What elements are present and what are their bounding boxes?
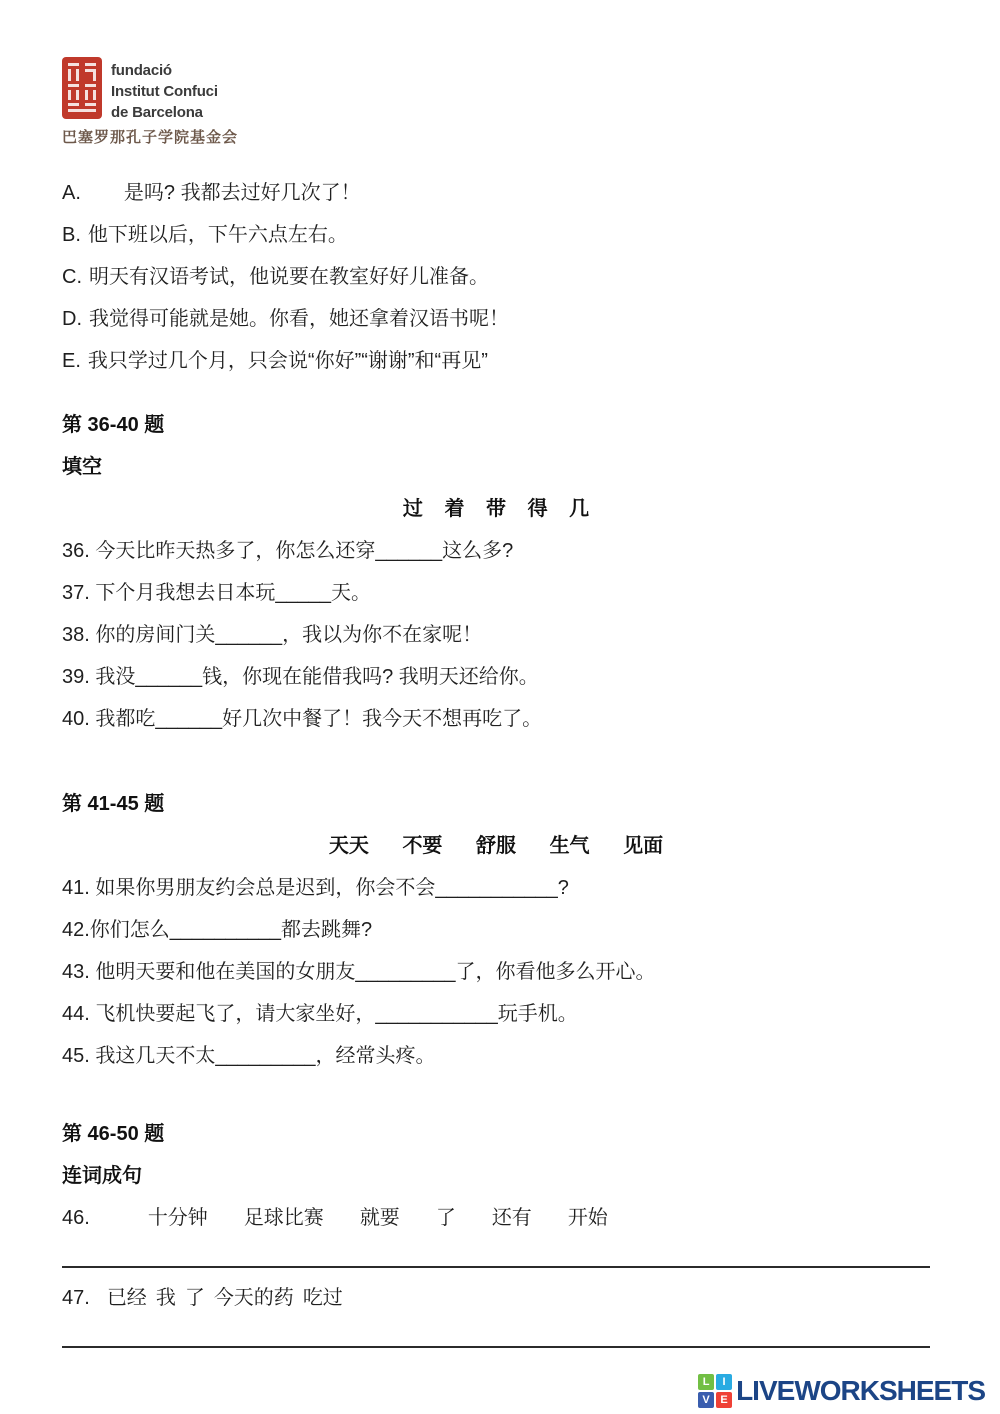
word-bank-word: 舒服 xyxy=(476,835,516,857)
word-bank: 天天 不要 舒服 生气 见面 xyxy=(62,825,930,867)
liveworksheets-logo[interactable]: L I V E LIVEWORKSHEETS xyxy=(698,1374,985,1408)
word-bank-word: 带 xyxy=(486,498,506,520)
question-47: 47.已经我了今天的药吃过 xyxy=(62,1277,930,1319)
section-36-40: 第 36-40 题 填空 过 着 带 得 几 36. 今天比昨天热多了，你怎么还… xyxy=(62,404,930,740)
confucius-institute-logo: fundació Institut Confuci de Barcelona 巴… xyxy=(62,57,930,147)
section-title: 第 41-45 题 xyxy=(62,783,930,825)
grid-square-e: E xyxy=(716,1392,732,1408)
scramble-word: 就要 xyxy=(360,1207,400,1229)
scramble-word: 足球比赛 xyxy=(244,1207,324,1229)
option-row-c: C.明天有汉语考试，他说要在教室好好儿准备。 xyxy=(62,256,930,298)
liveworksheets-grid-icon: L I V E xyxy=(698,1374,732,1408)
question-43: 43. 他明天要和他在美国的女朋友_________了，你看他多么开心。 xyxy=(62,951,930,993)
option-letter: C. xyxy=(62,266,82,288)
institute-name-line2: Institut Confuci xyxy=(111,81,218,102)
option-text: 我觉得可能就是她。你看，她还拿着汉语书呢！ xyxy=(89,308,509,330)
institute-name-line1: fundació xyxy=(111,60,218,81)
answer-line-46[interactable] xyxy=(62,1266,930,1268)
scramble-word: 开始 xyxy=(568,1207,608,1229)
section-title: 第 36-40 题 xyxy=(62,404,930,446)
word-bank-word: 得 xyxy=(528,498,548,520)
seal-icon xyxy=(62,57,102,119)
scramble-word: 了 xyxy=(185,1287,205,1309)
question-38: 38. 你的房间门关______，我以为你不在家呢！ xyxy=(62,614,930,656)
word-bank-word: 着 xyxy=(444,498,464,520)
section-subtitle: 连词成句 xyxy=(62,1155,930,1197)
question-46: 46.十分钟足球比赛就要了还有开始 xyxy=(62,1197,930,1239)
institute-chinese-name: 巴塞罗那孔子学院基金会 xyxy=(62,126,930,147)
worksheet-page: fundació Institut Confuci de Barcelona 巴… xyxy=(0,0,1000,1414)
option-letter: D. xyxy=(62,308,82,330)
question-40: 40. 我都吃______好几次中餐了！我今天不想再吃了。 xyxy=(62,698,930,740)
liveworksheets-wordmark: LIVEWORKSHEETS xyxy=(736,1375,985,1407)
grid-square-v: V xyxy=(698,1392,714,1408)
scramble-word: 十分钟 xyxy=(148,1207,208,1229)
question-42: 42.你们怎么__________都去跳舞? xyxy=(62,909,930,951)
answer-line-47[interactable] xyxy=(62,1346,930,1348)
liveworksheets-footer: L I V E LIVEWORKSHEETS xyxy=(698,1374,985,1408)
option-letter: A. xyxy=(62,182,81,204)
section-subtitle: 填空 xyxy=(62,446,930,488)
question-36: 36. 今天比昨天热多了，你怎么还穿______这么多? xyxy=(62,530,930,572)
institute-name: fundació Institut Confuci de Barcelona xyxy=(111,57,218,123)
question-45: 45. 我这几天不太_________，经常头疼。 xyxy=(62,1035,930,1077)
section-41-45: 第 41-45 题 天天 不要 舒服 生气 见面 41. 如果你男朋友约会总是迟… xyxy=(62,783,930,1077)
grid-square-l: L xyxy=(698,1374,714,1390)
scramble-word: 今天的药 xyxy=(214,1287,294,1309)
question-41: 41. 如果你男朋友约会总是迟到，你会不会___________? xyxy=(62,867,930,909)
option-row-e: E.我只学过几个月，只会说“你好”“谢谢”和“再见” xyxy=(62,340,930,382)
question-39: 39. 我没______钱，你现在能借我吗? 我明天还给你。 xyxy=(62,656,930,698)
section-title: 第 46-50 题 xyxy=(62,1113,930,1155)
word-bank-word: 天天 xyxy=(329,835,369,857)
word-bank-word: 过 xyxy=(403,498,423,520)
grid-square-i: I xyxy=(716,1374,732,1390)
question-number: 46. xyxy=(62,1207,90,1229)
option-text: 我只学过几个月，只会说“你好”“谢谢”和“再见” xyxy=(88,350,488,372)
scramble-word: 了 xyxy=(436,1207,456,1229)
institute-name-line3: de Barcelona xyxy=(111,102,218,123)
question-number: 47. xyxy=(62,1287,90,1309)
option-letter: B. xyxy=(62,224,81,246)
answer-options-list: A.是吗? 我都去过好几次了！ B.他下班以后，下午六点左右。 C.明天有汉语考… xyxy=(62,172,930,382)
scramble-word: 还有 xyxy=(492,1207,532,1229)
question-37: 37. 下个月我想去日本玩_____天。 xyxy=(62,572,930,614)
option-text: 他下班以后，下午六点左右。 xyxy=(88,224,348,246)
word-bank-word: 几 xyxy=(569,498,589,520)
option-row-d: D.我觉得可能就是她。你看，她还拿着汉语书呢！ xyxy=(62,298,930,340)
scramble-word: 我 xyxy=(156,1287,176,1309)
word-bank-word: 不要 xyxy=(402,835,442,857)
scramble-word: 已经 xyxy=(107,1287,147,1309)
question-44: 44. 飞机快要起飞了，请大家坐好，___________玩手机。 xyxy=(62,993,930,1035)
word-bank: 过 着 带 得 几 xyxy=(62,488,930,530)
option-letter: E. xyxy=(62,350,81,372)
option-row-b: B.他下班以后，下午六点左右。 xyxy=(62,214,930,256)
word-bank-word: 生气 xyxy=(550,835,590,857)
word-bank-word: 见面 xyxy=(623,835,663,857)
section-46-50: 第 46-50 题 连词成句 46.十分钟足球比赛就要了还有开始 47.已经我了… xyxy=(62,1113,930,1348)
option-text: 明天有汉语考试，他说要在教室好好儿准备。 xyxy=(89,266,489,288)
option-row-a: A.是吗? 我都去过好几次了！ xyxy=(62,172,930,214)
scramble-word: 吃过 xyxy=(303,1287,343,1309)
option-text: 是吗? 我都去过好几次了！ xyxy=(124,182,361,204)
